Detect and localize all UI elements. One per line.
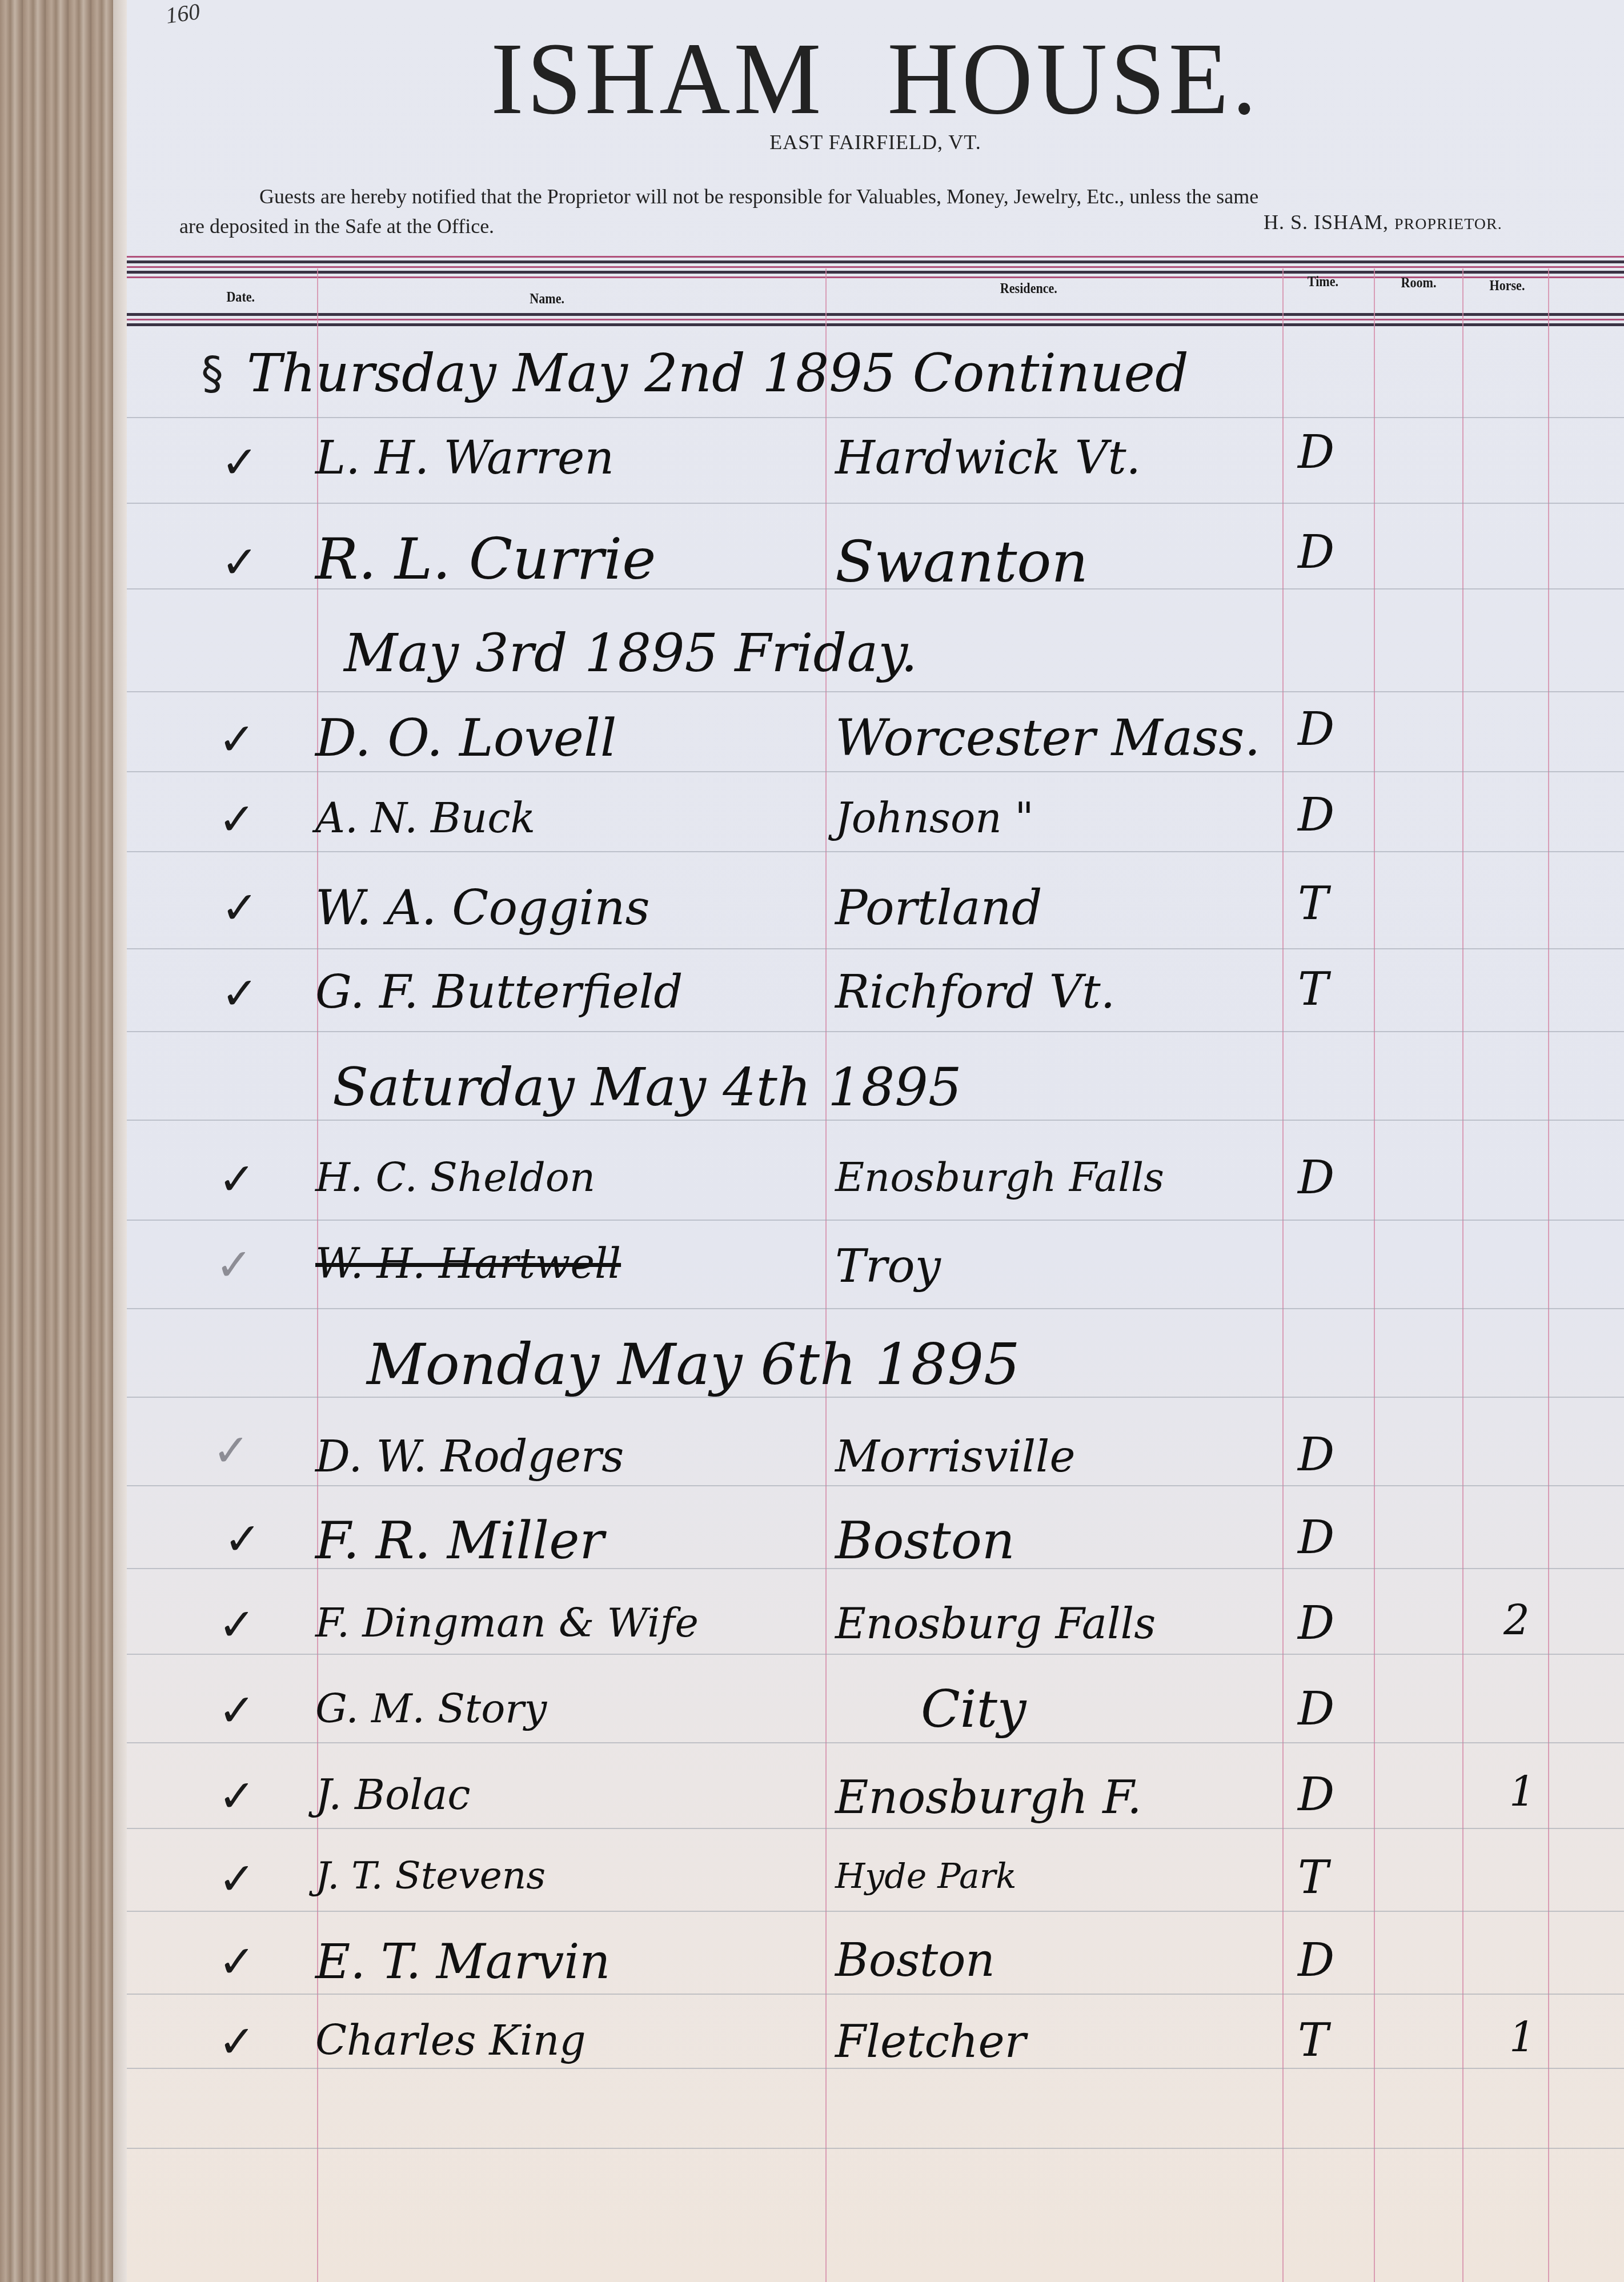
column-header-time: Time. [1308, 273, 1338, 290]
notice-line-1: Guests are hereby notified that the Prop… [179, 182, 1607, 211]
check-mark: ✓ [218, 2016, 255, 2068]
guest-residence: Enosburg Falls [835, 1599, 1156, 1649]
guest-row: ✓ D. O. Lovell Worcester Mass. D [127, 703, 1624, 783]
guest-time: D [1298, 426, 1334, 479]
guest-time: D [1298, 703, 1334, 756]
guest-residence: Richford Vt. [835, 965, 1115, 1018]
guest-residence: Boston [835, 1511, 1015, 1571]
guest-time: D [1298, 1934, 1334, 1987]
check-mark: ✓ [218, 1154, 255, 1205]
guest-horse: 2 [1503, 1597, 1530, 1645]
guest-row: ✓ W. H. Hartwell Troy [127, 1234, 1624, 1314]
guest-name: D. O. Lovell [315, 708, 617, 768]
title-house: HOUSE. [887, 22, 1260, 136]
guest-row: ✓ L. H. Warren Hardwick Vt. D [127, 426, 1624, 506]
guest-name: L. H. Warren [315, 431, 614, 484]
guest-residence: Johnson " [835, 794, 1034, 842]
check-mark: ✓ [218, 794, 255, 845]
guest-time: D [1298, 1151, 1334, 1204]
check-mark: ✓ [212, 1425, 250, 1477]
guest-time: D [1298, 1597, 1334, 1650]
guest-residence: Boston [835, 1934, 995, 1987]
guest-horse: 1 [1509, 1768, 1535, 1816]
check-mark: § [201, 348, 223, 400]
guest-time: T [1298, 1851, 1328, 1904]
guest-time: D [1298, 526, 1334, 579]
guest-name: G. F. Butterfield [315, 965, 683, 1018]
guest-time: D [1298, 1768, 1334, 1821]
guest-row: ✓ R. L. Currie Swanton D [127, 514, 1624, 594]
guest-residence: Morrisville [835, 1431, 1075, 1482]
date-heading: Monday May 6th 1895 [367, 1331, 1020, 1398]
title-isham: ISHAM [491, 22, 824, 136]
guest-row: ✓ Charles King Fletcher T 1 [127, 2011, 1624, 2091]
guest-residence: Enosburgh Falls [835, 1154, 1164, 1201]
guest-row: ✓ H. C. Sheldon Enosburgh Falls D [127, 1148, 1624, 1228]
page-title: ISHAMHOUSE. [127, 20, 1624, 138]
check-mark: ✓ [221, 883, 258, 934]
check-mark: ✓ [218, 1854, 255, 1905]
check-mark: ✓ [218, 714, 255, 765]
guest-row: ✓ J. T. Stevens Hyde Park T [127, 1848, 1624, 1928]
check-mark: ✓ [221, 968, 258, 1020]
ruled-line [127, 691, 1624, 692]
guest-row: ✓ W. A. Coggins Portland T [127, 874, 1624, 954]
guest-time: D [1298, 1682, 1334, 1735]
guest-name: Charles King [315, 2016, 586, 2064]
guest-row: ✓ A. N. Buck Johnson " D [127, 788, 1624, 868]
date-heading: Thursday May 2nd 1895 Continued [247, 343, 1189, 404]
guest-residence: Troy [835, 1240, 941, 1293]
guest-residence: Portland [835, 880, 1042, 936]
guest-name: J. T. Stevens [315, 1854, 546, 1898]
column-header-date: Date. [226, 288, 255, 306]
guest-name: F. R. Miller [315, 1511, 604, 1571]
guest-name: J. Bolac [315, 1771, 471, 1819]
guest-name: G. M. Story [315, 1685, 547, 1732]
date-row: May 3rd 1895 Friday. [127, 611, 1624, 691]
guest-row: ✓ E. T. Marvin Boston D [127, 1931, 1624, 2011]
date-heading: May 3rd 1895 Friday. [344, 623, 917, 684]
check-mark: ✓ [224, 1514, 261, 1565]
guest-residence: Hardwick Vt. [835, 431, 1141, 484]
check-mark: ✓ [221, 537, 258, 588]
date-row: Monday May 6th 1895 [127, 1320, 1624, 1399]
guest-time: D [1298, 788, 1334, 841]
guest-name: E. T. Marvin [315, 1934, 610, 1990]
guest-time: T [1298, 877, 1328, 930]
guest-name: D. W. Rodgers [315, 1431, 624, 1482]
column-header-residence: Residence. [1000, 280, 1057, 297]
guest-row: ✓ G. F. Butterfield Richford Vt. T [127, 960, 1624, 1040]
guest-horse: 1 [1509, 2014, 1535, 2062]
guest-time: T [1298, 2014, 1328, 2067]
guest-name: W. A. Coggins [315, 880, 650, 936]
guest-row: ✓ F. Dingman & Wife Enosburg Falls D 2 [127, 1594, 1624, 1674]
check-mark: ✓ [218, 1936, 255, 1988]
guest-row: ✓ J. Bolac Enosburgh F. D 1 [127, 1765, 1624, 1845]
proprietor-name: H. S. ISHAM, [1264, 211, 1394, 234]
date-row: § Thursday May 2nd 1895 Continued [127, 343, 1624, 423]
guest-time: D [1298, 1428, 1334, 1481]
guest-row: ✓ F. R. Miller Boston D [127, 1508, 1624, 1588]
guest-name: F. Dingman & Wife [315, 1599, 699, 1646]
header-rule-top [127, 256, 1624, 281]
header-rule-bottom [127, 313, 1624, 329]
guest-time: T [1298, 962, 1328, 1016]
guest-name: R. L. Currie [315, 526, 656, 592]
check-mark: ✓ [218, 1599, 255, 1651]
guest-residence: Worcester Mass. [835, 708, 1260, 767]
guest-name: A. N. Buck [315, 794, 535, 842]
guest-time: D [1298, 1511, 1334, 1564]
date-row: Saturday May 4th 1895 [127, 1045, 1624, 1125]
check-mark: ✓ [215, 1240, 252, 1291]
check-mark: ✓ [218, 1771, 255, 1822]
guest-residence: City [921, 1679, 1026, 1739]
book-page-edges [0, 0, 127, 2282]
guest-residence: Enosburgh F. [835, 1771, 1142, 1824]
guest-row: ✓ D. W. Rodgers Morrisville D [127, 1425, 1624, 1505]
column-header-horse: Horse. [1489, 277, 1525, 294]
column-header-room: Room. [1401, 274, 1436, 291]
ruled-line [127, 2148, 1624, 2149]
check-mark: ✓ [218, 1685, 255, 1736]
guest-residence: Swanton [835, 528, 1088, 595]
proprietor: H. S. ISHAM, PROPRIETOR. [1264, 210, 1502, 234]
guest-residence: Fletcher [835, 2016, 1026, 2068]
guest-name: W. H. Hartwell [315, 1240, 621, 1288]
guest-residence: Hyde Park [835, 1856, 1017, 1896]
proprietor-title: PROPRIETOR. [1394, 215, 1502, 233]
column-header-name: Name. [530, 290, 564, 307]
check-mark: ✓ [221, 437, 258, 488]
register-page: 160 ISHAMHOUSE. EAST FAIRFIELD, VT. Gues… [127, 0, 1624, 2282]
location: EAST FAIRFIELD, VT. [127, 130, 1624, 154]
guest-name: H. C. Sheldon [315, 1154, 595, 1201]
guest-row: ✓ G. M. Story City D [127, 1679, 1624, 1759]
date-heading: Saturday May 4th 1895 [332, 1057, 961, 1118]
